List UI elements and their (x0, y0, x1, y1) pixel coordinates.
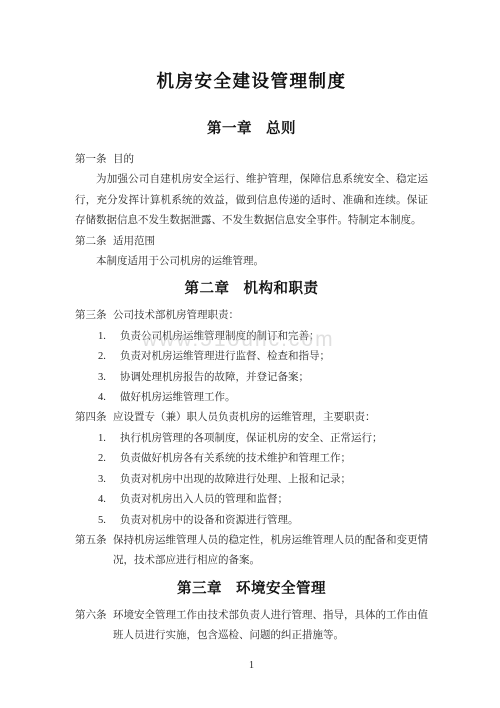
article-label: 第二条 (75, 232, 113, 252)
article-text: 目的 (113, 150, 428, 170)
list-item: 3. 负责对机房中出现的故障进行处理、上报和记录； (75, 470, 428, 490)
chapter-heading-2: 第二章机构和职责 (75, 278, 428, 300)
item-number: 2. (98, 449, 120, 469)
chapter-label: 第三章 (177, 581, 222, 597)
document-page: www.51ounc.com 机房安全建设管理制度 第一章总则 第一条 目的 为… (0, 0, 500, 708)
list-item: 1. 执行机房管理的各项制度，保证机房的安全、正常运行； (75, 429, 428, 449)
article-label: 第四条 (75, 408, 113, 428)
item-number: 1. (98, 327, 120, 347)
article-1: 第一条 目的 (75, 150, 428, 170)
article-5: 第五条 保持机房运维管理人员的稳定性，机房运维管理人员的配备和变更情况，技术部应… (75, 531, 428, 572)
chapter-heading-3: 第三章环境安全管理 (75, 578, 428, 600)
article-label: 第六条 (75, 606, 113, 626)
chapter-title: 机构和职责 (244, 281, 319, 297)
article-text: 应设置专（兼）职人员负责机房的运维管理，主要职责： (113, 408, 428, 428)
list-item: 4. 负责对机房出入人员的管理和监督； (75, 490, 428, 510)
article-label: 第一条 (75, 150, 113, 170)
list-item: 2. 负责做好机房各有关系统的技术维护和管理工作； (75, 449, 428, 469)
item-number: 5. (98, 511, 120, 531)
item-text: 做好机房运维管理工作。 (120, 388, 428, 408)
item-text: 负责对机房中出现的故障进行处理、上报和记录； (120, 470, 428, 490)
document-title: 机房安全建设管理制度 (75, 68, 428, 94)
chapter-label: 第一章 (207, 121, 252, 137)
item-text: 负责对机房运维管理进行监督、检查和指导； (120, 347, 428, 367)
list-item: 2. 负责对机房运维管理进行监督、检查和指导； (75, 347, 428, 367)
article-4: 第四条 应设置专（兼）职人员负责机房的运维管理，主要职责： (75, 408, 428, 428)
item-text: 负责公司机房运维管理制度的制订和完善； (120, 327, 428, 347)
article-label: 第三条 (75, 306, 113, 326)
article-text: 适用范围 (113, 232, 428, 252)
item-number: 3. (98, 470, 120, 490)
article-6: 第六条 环境安全管理工作由技术部负责人进行管理、指导，具体的工作由值班人员进行实… (75, 606, 428, 647)
article-label: 第五条 (75, 531, 113, 551)
item-text: 负责做好机房各有关系统的技术维护和管理工作； (120, 449, 428, 469)
chapter-title: 总则 (266, 121, 296, 137)
list-item: 3. 协调处理机房报告的故障，并登记备案； (75, 368, 428, 388)
chapter-label: 第二章 (185, 281, 230, 297)
item-number: 3. (98, 368, 120, 388)
item-number: 2. (98, 347, 120, 367)
article-text: 保持机房运维管理人员的稳定性，机房运维管理人员的配备和变更情况，技术部应进行相应… (113, 531, 428, 572)
item-text: 执行机房管理的各项制度，保证机房的安全、正常运行； (120, 429, 428, 449)
item-number: 4. (98, 388, 120, 408)
item-text: 负责对机房中的设备和资源进行管理。 (120, 511, 428, 531)
chapter-title: 环境安全管理 (236, 581, 326, 597)
article-text: 公司技术部机房管理职责： (113, 306, 428, 326)
article-text: 环境安全管理工作由技术部负责人进行管理、指导，具体的工作由值班人员进行实施，包含… (113, 606, 428, 647)
list-item: 1. 负责公司机房运维管理制度的制订和完善； (75, 327, 428, 347)
paragraph: 为加强公司自建机房安全运行、维护管理，保障信息系统安全、稳定运行，充分发挥计算机… (75, 170, 428, 231)
article-3: 第三条 公司技术部机房管理职责： (75, 306, 428, 326)
item-text: 协调处理机房报告的故障，并登记备案； (120, 368, 428, 388)
list-item: 4. 做好机房运维管理工作。 (75, 388, 428, 408)
article-2: 第二条 适用范围 (75, 232, 428, 252)
paragraph: 本制度适用于公司机房的运维管理。 (75, 252, 428, 272)
item-number: 4. (98, 490, 120, 510)
item-number: 1. (98, 429, 120, 449)
list-item: 5. 负责对机房中的设备和资源进行管理。 (75, 511, 428, 531)
page-number: 1 (75, 659, 428, 673)
item-text: 负责对机房出入人员的管理和监督； (120, 490, 428, 510)
chapter-heading-1: 第一章总则 (75, 118, 428, 140)
